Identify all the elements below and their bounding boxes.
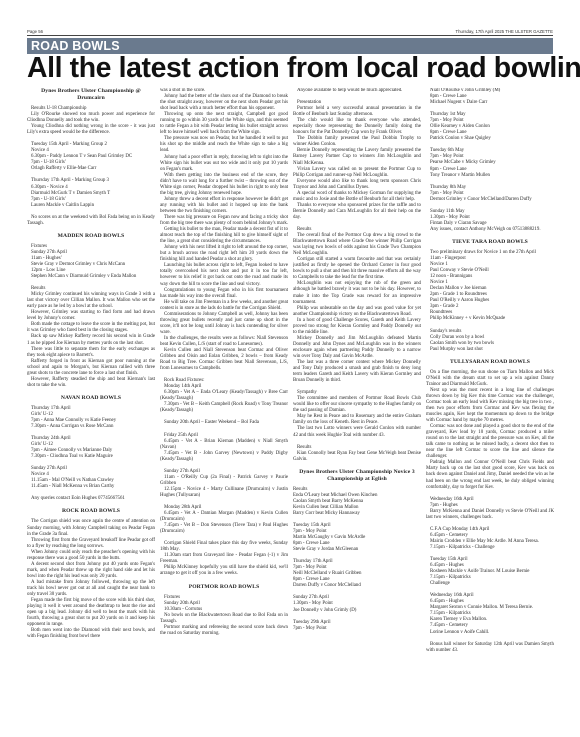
fixture-block: Wednesday 16th April 6.45pm - Hughes [426,593,554,605]
paragraph: Anyone available to help would be much a… [293,88,421,94]
fixture-block: Tuesday 15th April 6.45pm - Hughes [426,557,554,569]
fixture-line: 7.30pm - Anna Corrigan vs Rose McCann [27,424,155,430]
column-4: Niall O'Rourke v John Grimley (M) 8pm - … [426,88,554,728]
fixture-line: Orlagh Rafferty v Ellie-Mae Carr [27,166,155,172]
column-1: Dynes Brothers Ulster Championship @ Dru… [27,88,155,728]
fixture-block: Fixtures Sunday 20th April 10.30am - Cor… [160,595,288,613]
fixture-line: Stevie Gray v Jordan McGleenan [293,547,421,553]
paragraph: Micky Grimley continued his winning ways… [27,292,155,310]
page-headline: All the latest action from local road bo… [27,53,542,83]
paragraph: Philip McKinney hopefully you still have… [160,565,288,577]
fixture-block: Sunday 11th May 1.30pm - Moy Point Finta… [426,209,554,227]
result-line: Paul Murphy won last shot [426,347,554,353]
paragraph: Johnny threw a decent effort in response… [160,197,288,215]
paragraph: Next up was the most recent in a long li… [426,388,554,424]
paragraph: Johnny had the better of the shots out o… [160,94,288,112]
paragraph: Both men went into the Diamond with thei… [27,628,155,640]
fixture-block: Tuesday 15th April 7pm - Moy Point Marti… [293,523,421,553]
paragraph: Fegan made the first big move of the sco… [27,598,155,628]
result-line: Barry Corr beat Micky Hannaway [293,511,421,517]
column-3: Anyone available to help would be much a… [293,88,421,728]
page-number: Page 56 [27,29,43,34]
paragraph: He will take on Jim Freeman in a few wee… [160,300,288,312]
paragraph: Launching his bullet across right to lef… [160,263,288,287]
paragraph: Both made the cottage to leave the score… [27,322,155,334]
paragraph: Back up saw Mickey Rafferty record his s… [27,334,155,346]
fixture-block: Rock Road Fixtures: Monday 14th April [160,378,288,390]
fixture-block: Fixtures Sunday 27th April 11am - Hughes… [27,244,155,280]
paragraph: Commiserations to Johnny Campbell as wel… [160,312,288,336]
fixture-line: 7pm - Moy Point [293,626,421,632]
paragraph: Thanks to everyone who sponsored prizes … [293,203,421,221]
paragraph: 7.45pm - Vet B - John Garvey (Newtown) v… [160,451,288,463]
paragraph: The overall final of the Portmor Cup dre… [293,233,421,257]
paragraph: Portmor held a very successful annual pr… [293,106,421,118]
paragraph: A decent second shot from Johnny put 40 … [27,562,155,580]
section-heading-dynes-eglish: Dynes Brothers Ulster Championship Novic… [293,469,421,483]
paragraph: Getting his bullet to the man, Peadar ma… [160,227,288,245]
fixture-block: 11am - Fingerpost Novice 1 Paul Conway v… [426,256,554,323]
fixture-block: Sunday 27th April Novice 4 11.15am - Mal… [27,466,155,490]
fixture-line: Patrick Conlon v Shae Quigley [426,136,554,142]
fixture-line: 11.45am - Niall McKenna vs Brian Carthy [27,484,155,490]
fixture-line: Philip McKinney + v Kevin McQuade [426,316,554,322]
section-heading-tieve-tara: TIEVE TARA ROAD BOWLS [426,239,554,246]
paragraph: A bad mistake from Johnny followed, thro… [27,580,155,598]
paragraph: There was big pressure on Fegan now and … [160,215,288,227]
paragraph: Johnny had a poor effort in reply, throw… [160,155,288,173]
fixture-block: Thursday 1st May 7pm - Moy Point Ollie K… [426,112,554,142]
fixture-block: Wednesday 16th April 7pm - Hughes [426,497,554,509]
paragraph: Any queries contact Eoin Hughes 07745667… [27,496,155,502]
section-heading-dynes-drumcairn: Dynes Brothers Ulster Championship @ Dru… [27,88,155,102]
paragraph: With them getting into the business end … [160,173,288,197]
fixture-line: Michael Nugent v Daire Carr [426,100,554,106]
paragraph: The committee and members of Portmor Roa… [293,396,421,414]
paragraph: 11am - O'Reilly Cup (2a Final) - Patrick… [160,475,288,487]
paragraph: 11.30am start from Graveyard line - Pead… [160,553,288,565]
paragraph: However, Rafferty steadied the ship and … [27,377,155,389]
fixture-block: Niall O'Rourke v John Grimley (M) 8pm - … [426,88,554,106]
paragraph: 6.45pm - Vet A - Damian Morgan (Madden) … [160,511,288,523]
paragraph: No scores on at the weekend with Bol Fad… [27,215,155,227]
paragraph: The pressure was now on Peadar, but he h… [160,136,288,154]
paragraph: Sunday 20th April – Easter Weekend – Bol… [160,420,288,426]
paragraph: When Johnny could only reach the preache… [27,550,155,562]
fixture-block: Thursday 17th April - Marking Group 3 6.… [27,178,155,208]
fixture-line: Lorine Lennon v Aoife Cahill. [426,630,554,636]
paragraph: Cormac was not done and played a good sh… [426,424,554,460]
paragraph: Kian Connolly beat Ryan Fay beat Gene Mc… [293,451,421,463]
paragraph: On a fine morning, the sun shone on Tiar… [426,370,554,388]
fixture-line: Challenge [426,581,554,587]
fixture-line: Tony Treanor v Martin Mullen [426,173,554,179]
paragraph: Barry McKenna and Daniel Donnelly vs Ste… [426,509,554,521]
paragraph: Bonus ball winner for Saturday 12th Apri… [426,642,554,654]
fixture-block: Thursday 17th April 7pm - Moy Point Neil… [293,559,421,589]
paragraph: Lily O'Rourke showed too much power and … [27,112,155,124]
article-columns: Dynes Brothers Ulster Championship @ Dru… [27,88,555,728]
paragraph: Johnny with his next lifted it right to … [160,245,288,263]
section-heading-rock-road: ROCK ROAD BOWLS [27,508,155,515]
paragraph: Throwing up onto the next straight, Camp… [160,112,288,136]
paragraph: In a host of good Challenge Scores, Gare… [293,318,421,336]
section-heading-portmor: PORTMOR ROAD BOWLS [160,584,288,591]
section-heading-tullysaran: TULLYSARAN ROAD BOWLS [426,359,554,366]
paragraph: A special word of thanks to Mickey Gorma… [293,191,421,203]
masthead: Page 56 Thursday, 17th April 2025 THE UL… [27,27,553,36]
paragraph: Young Cliodhna did nothing wrong in the … [27,124,155,136]
fixture-line: 7.15pm - Kilpatricks - Challenge [426,545,554,551]
paragraph: Everyone would also like to thank long t… [293,179,421,191]
fixture-block: Sunday 27th April 1.30pm - Moy Point Joe… [293,595,421,613]
paragraph: However, Grimley was starting to find fo… [27,310,155,322]
paragraph: The Dobbin family presented the Paul Dob… [293,136,421,148]
paragraph: Philip was unbeatable on the day and was… [293,306,421,318]
paragraph: May he Rest in Peace and to Rosemary and… [293,414,421,426]
paragraph: Corrigan still started a warm favourite … [293,257,421,281]
paragraph: The club would like to thank everyone wh… [293,118,421,136]
paragraph: There was little to separate them for th… [27,347,155,359]
fixture-block: Tuesday 29th April 7pm - Moy Point [293,620,421,632]
paragraph: Kevin Cullen and Niall Stevenson beat Co… [160,348,288,372]
fixture-block: C.F.A Cup Monday 14th April 6.45pm - Cem… [426,527,554,539]
paragraph: Rafferty forged in front as Kiernan got … [27,359,155,377]
paragraph: Padraig Mallon and Connor O'Neill beat C… [426,460,554,490]
fixture-line: Lauren Mackle v Caitlin Lappin [27,203,155,209]
paragraph: The last two Lotto winners were Gerald C… [293,426,421,438]
section-heading-madden: MADDEN ROAD BOWLS [27,233,155,240]
fixture-line: Darren Duffy v Conor McClelland [293,583,421,589]
paragraph: Corrigan Shield Final takes place this d… [160,541,288,553]
paragraph: The Corrigan shield was once again the c… [27,519,155,537]
paragraph: McLoughlin was not enjoying the rub of t… [293,281,421,305]
paragraph: Portmor marking and refereeing the secon… [160,625,288,637]
paragraph: Throwing first from the Graveyard breako… [27,538,155,550]
section-heading-navan: NAVAN ROAD BOWLS [27,395,155,402]
results-block: Enda O'Leary beat Michael Owen Kinchen C… [293,493,421,517]
fixture-line: 7.30pm - Cliodhna Toal vs Katie Maguire [27,454,155,460]
fixture-block: Thursday 8th May 7pm - Moy Point [426,185,554,197]
paragraph: Any issues, contact Anthony McVeigh on 0… [426,227,554,233]
results-block: Sunday's results Colly Duran won by a bo… [426,329,554,353]
paragraph: Vivian Lavery was called on to present t… [293,167,421,179]
fixture-line: Joe Donnelly v John Grimly (D) [293,608,421,614]
fixture-block: Thursday 17th April Girls' U-12 7pm - An… [27,406,155,430]
paragraph: Congratulations to young Fegan who in hi… [160,288,288,300]
fixture-line: Stephen McCann v Diarmuid Grimley v Enda… [27,274,155,280]
paragraph: Mickey Donnelly and Jim McLoughlin defea… [293,336,421,360]
paragraph: In the challenges, the results were as f… [160,336,288,348]
column-2: was a shot in the score. Johnny had the … [160,88,288,728]
fixture-block: Tuesday 6th May 7pm - Moy Point Pearse M… [426,148,554,178]
date-and-paper-name: Thursday, 17th April 2025 THE ULSTER GAZ… [455,29,553,34]
paragraph: 6.30pm - Vet A – Enda O'Leary (Keady/Tas… [160,390,288,402]
paragraph: 7.45pm - Vet B – Don Stevenson (Tieve Ta… [160,523,288,535]
paragraph: Dermot Grimley v Conor McClelland/Darren… [426,197,554,203]
paragraph: The last was a three corner contest wher… [293,360,421,384]
fixture-block: Thursday 24th April Girls' U-12 7pm - Ai… [27,436,155,460]
paragraph: 12.15pm - Novice 4 - Marty Cullinane (Dr… [160,487,288,499]
paragraph: 7.30pm - Vet B – Keith Campbell (Rock Ro… [160,402,288,414]
paragraph: Bernie Donnelly representing the Lavery … [293,148,421,166]
paragraph: No bowls on the Blackwatertown Road due … [160,613,288,625]
paragraph: 6.45pm - Vet A - Brian Kiernan (Madden) … [160,439,288,451]
fixture-block: Tuesday 15th April - Marking Group 2 Nov… [27,142,155,172]
